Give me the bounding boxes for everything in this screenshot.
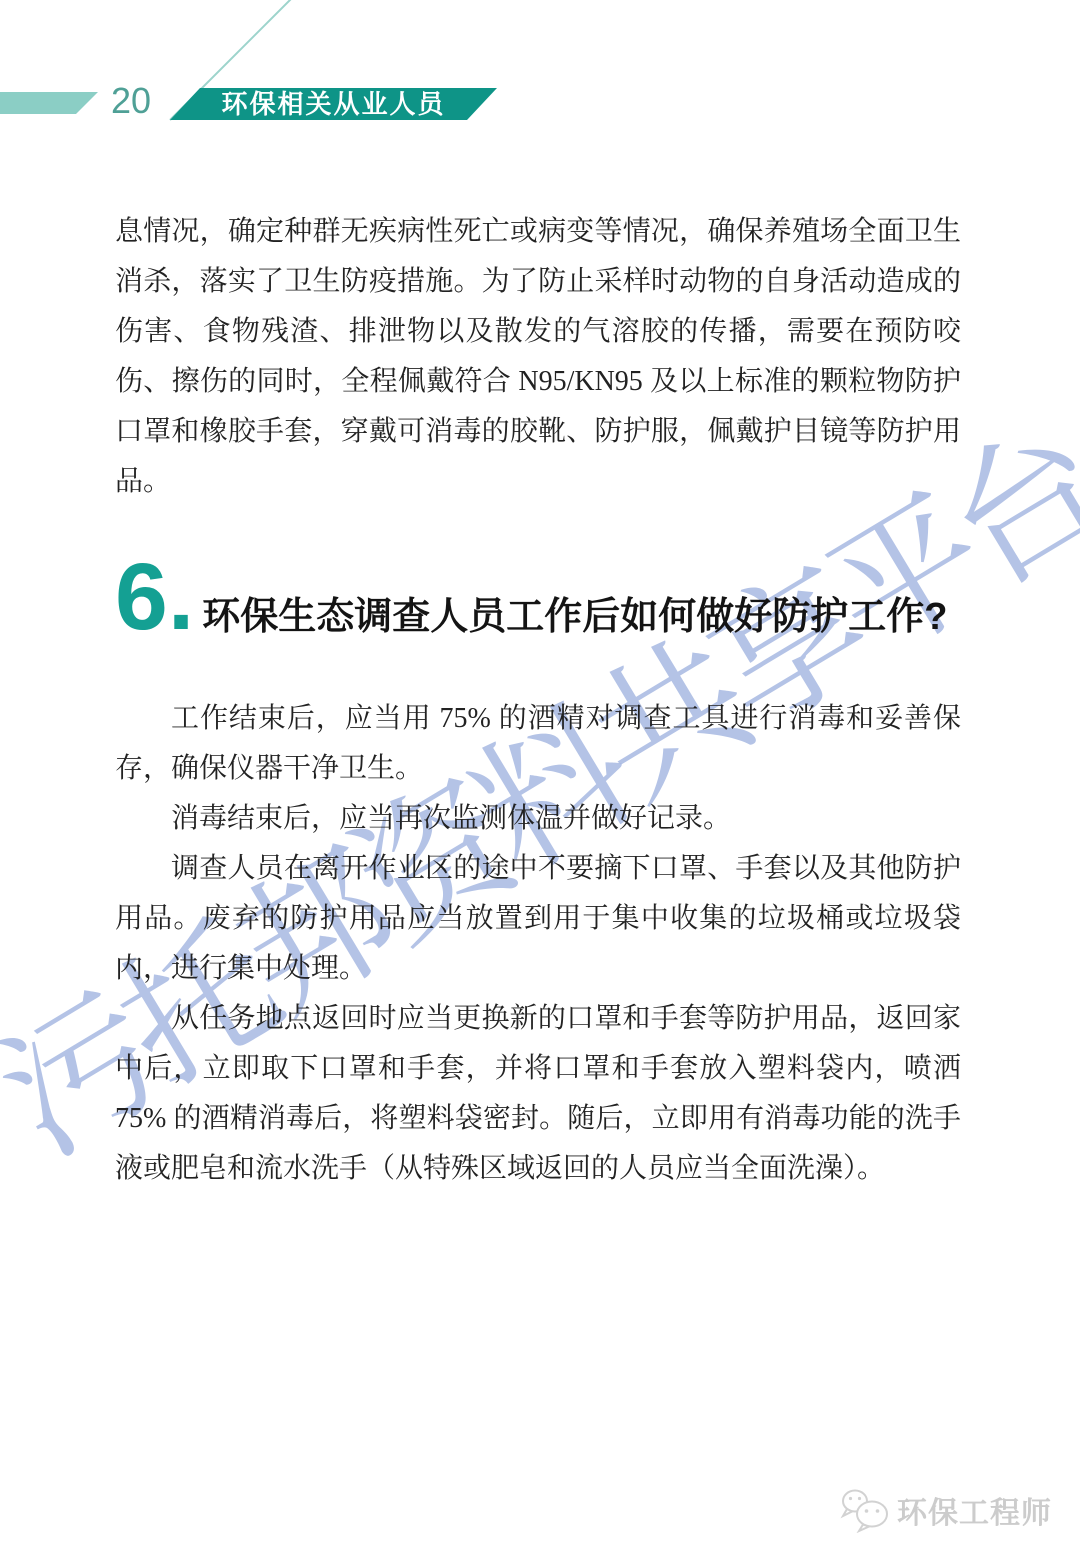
- header-left-strip: [0, 92, 98, 114]
- body-paragraph: 调查人员在离开作业区的途中不要摘下口罩、手套以及其他防护用品。废弃的防护用品应当…: [115, 844, 961, 994]
- footer-brand: 环保工程师: [839, 1487, 1052, 1533]
- section-heading: 6.环保生态调查人员工作后如何做好防护工作?: [115, 552, 961, 670]
- body-paragraph: 消毒结束后，应当再次监测体温并做好记录。: [115, 794, 961, 844]
- section-title: 环保生态调查人员工作后如何做好防护工作?: [202, 596, 947, 638]
- page-content: 息情况，确定种群无疾病性死亡或病变等情况，确保养殖场全面卫生消杀，落实了卫生防疫…: [115, 207, 961, 1194]
- body-paragraph: 从任务地点返回时应当更换新的口罩和手套等防护用品，返回家中后，立即取下口罩和手套…: [115, 994, 961, 1194]
- document-page: 污托邦资料共享平台 20 环保相关从业人员 息情况，确定种群无疾病性死亡或病变等…: [0, 0, 1080, 1563]
- wechat-icon: [839, 1487, 891, 1533]
- brand-label: 环保工程师: [897, 1488, 1052, 1532]
- page-number: 20: [111, 82, 151, 120]
- body-paragraph: 工作结束后，应当用 75% 的酒精对调查工具进行消毒和妥善保存，确保仪器干净卫生…: [115, 694, 961, 794]
- body-paragraph: 息情况，确定种群无疾病性死亡或病变等情况，确保养殖场全面卫生消杀，落实了卫生防疫…: [115, 207, 961, 507]
- banner-title: 环保相关从业人员: [221, 88, 445, 120]
- header-banner: 环保相关从业人员: [170, 88, 497, 120]
- section-number: 6.: [115, 544, 194, 650]
